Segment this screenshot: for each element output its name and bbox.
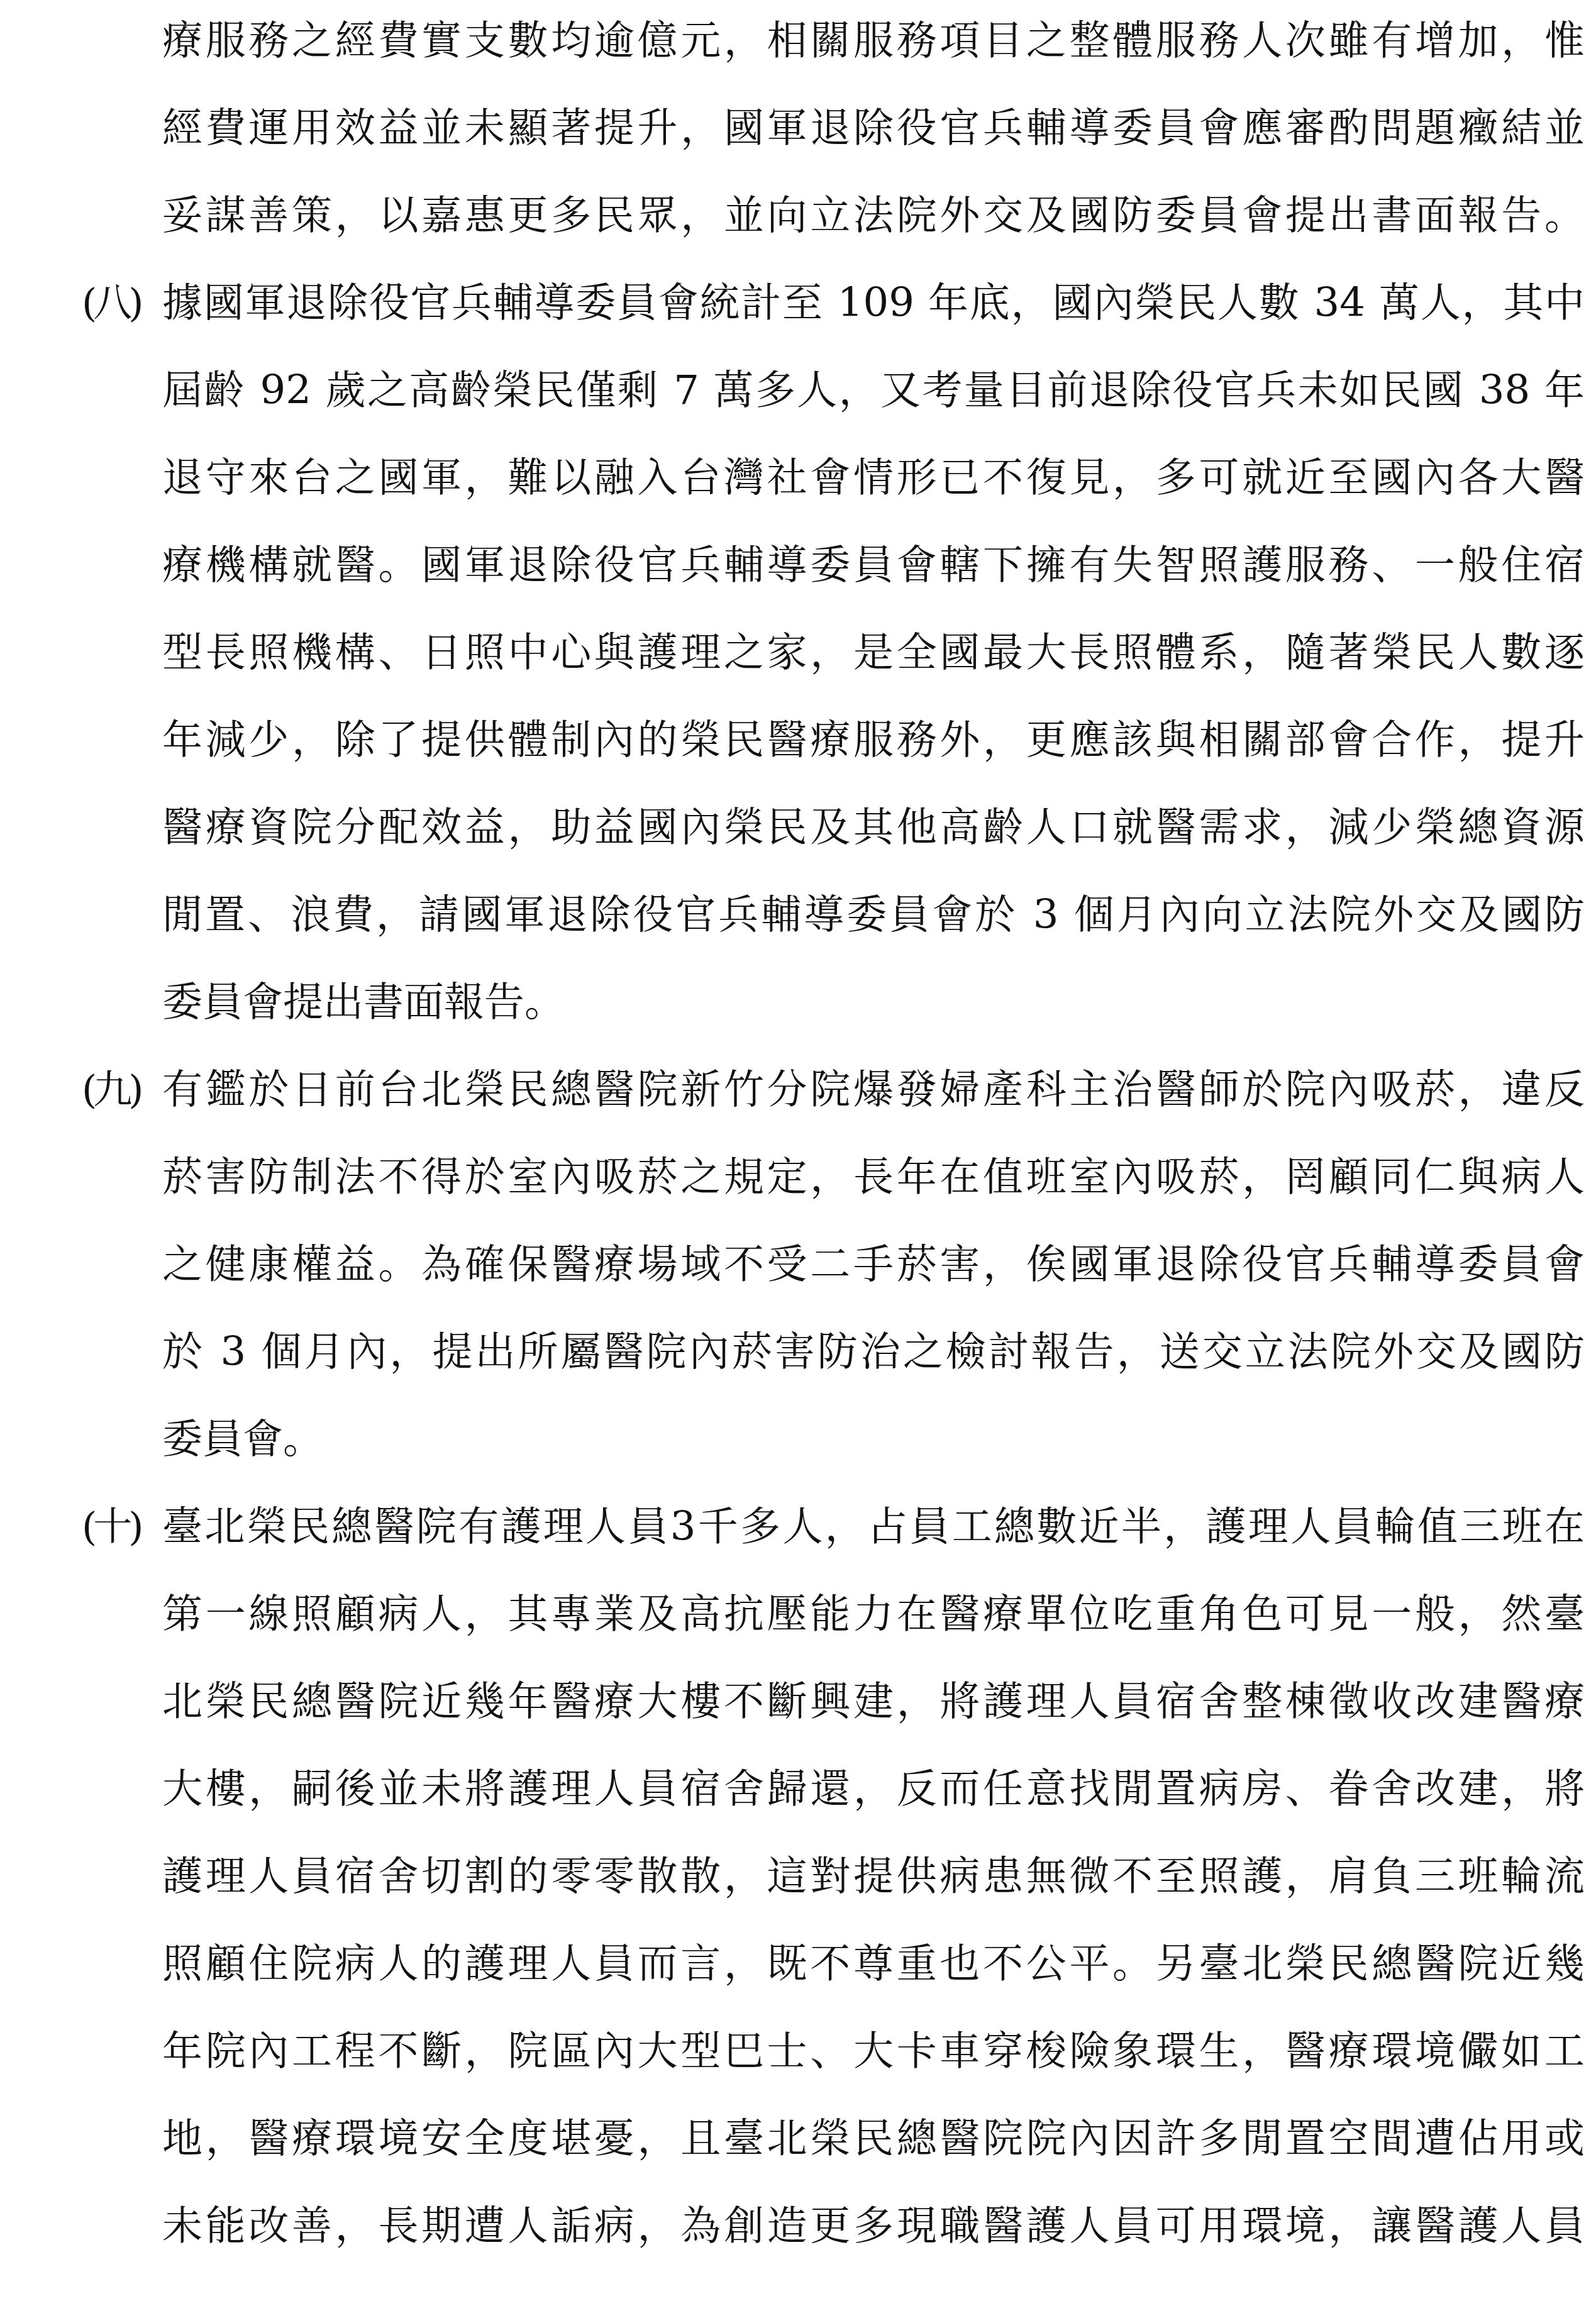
text-line: 第一線照顧病人，其專業及高抗壓能力在醫療單位吃重角色可見一般，然臺 xyxy=(162,1592,1585,1636)
text-line: 北榮民總醫院近幾年醫療大樓不斷興建，將護理人員宿舍整棟徵收改建醫療 xyxy=(162,1680,1585,1724)
text-line: 護理人員宿舍切割的零零散散，這對提供病患無微不至照護，肩負三班輪流 xyxy=(162,1855,1585,1899)
text-line: 退守來台之國軍，難以融入台灣社會情形已不復見，多可就近至國內各大醫 xyxy=(162,456,1585,500)
item-marker: (八) xyxy=(82,281,162,325)
text-line: 之健康權益。為確保醫療場域不受二手菸害，俟國軍退除役官兵輔導委員會 xyxy=(162,1243,1585,1287)
text-line: 年院內工程不斷，院區內大型巴士、大卡車穿梭險象環生，醫療環境儼如工 xyxy=(162,2029,1585,2073)
text-line: 屆齡 92 歲之高齡榮民僅剩 7 萬多人，又考量目前退除役官兵未如民國 38 年 xyxy=(162,369,1585,413)
text-line: 照顧住院病人的護理人員而言，既不尊重也不公平。另臺北榮民總醫院近幾 xyxy=(162,1942,1585,1986)
text-line: 大樓，嗣後並未將護理人員宿舍歸還，反而任意找閒置病房、眷舍改建，將 xyxy=(162,1767,1585,1811)
text-line: 於 3 個月內，提出所屬醫院內菸害防治之檢討報告，送交立法院外交及國防 xyxy=(162,1330,1585,1374)
text-line: 醫療資院分配效益，助益國內榮民及其他高齡人口就醫需求，減少榮總資源 xyxy=(162,806,1585,850)
document-page: 療服務之經費實支數均逾億元，相關服務項目之整體服務人次雖有增加，惟 經費運用效益… xyxy=(0,0,1596,2318)
text-line: 年減少，除了提供體制內的榮民醫療服務外，更應該與相關部會合作，提升 xyxy=(162,718,1585,762)
text-line: 閒置、浪費，請國軍退除役官兵輔導委員會於 3 個月內向立法院外交及國防 xyxy=(162,893,1585,937)
item-marker: (十) xyxy=(82,1505,162,1549)
text-line: 型長照機構、日照中心與護理之家，是全國最大長照體系，隨著榮民人數逐 xyxy=(162,631,1585,675)
text-line: 菸害防制法不得於室內吸菸之規定，長年在值班室內吸菸，罔顧同仁與病人 xyxy=(162,1155,1585,1199)
text-line: 有鑑於日前台北榮民總醫院新竹分院爆發婦產科主治醫師於院內吸菸，違反 xyxy=(162,1068,1585,1112)
text-line: 未能改善，長期遭人詬病，為創造更多現職醫護人員可用環境，讓醫護人員 xyxy=(162,2204,1585,2248)
text-line: 療服務之經費實支數均逾億元，相關服務項目之整體服務人次雖有增加，惟 xyxy=(162,19,1585,63)
text-line: 委員會。 xyxy=(162,1417,1585,1461)
text-line: 委員會提出書面報告。 xyxy=(162,980,1585,1024)
text-line: 臺北榮民總醫院有護理人員3千多人，占員工總數近半，護理人員輪值三班在 xyxy=(162,1505,1585,1549)
text-line: 妥謀善策，以嘉惠更多民眾，並向立法院外交及國防委員會提出書面報告。 xyxy=(162,194,1585,238)
text-line: 地，醫療環境安全度堪憂，且臺北榮民總醫院院內因許多閒置空間遭佔用或 xyxy=(162,2117,1585,2161)
item-marker: (九) xyxy=(82,1068,162,1112)
text-line: 療機構就醫。國軍退除役官兵輔導委員會轄下擁有失智照護服務、一般住宿 xyxy=(162,543,1585,587)
text-line: 經費運用效益並未顯著提升，國軍退除役官兵輔導委員會應審酌問題癥結並 xyxy=(162,106,1585,150)
text-line: 據國軍退除役官兵輔導委員會統計至 109 年底，國內榮民人數 34 萬人，其中 xyxy=(162,281,1585,325)
